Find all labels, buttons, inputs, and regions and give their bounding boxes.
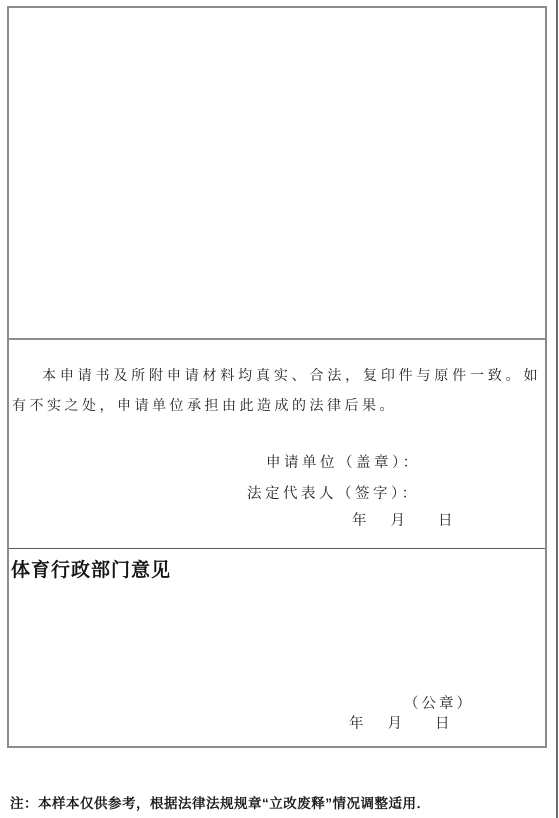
opinion-date-line: 年月日 [349, 714, 545, 735]
month-label: 月 [388, 716, 403, 732]
sports-admin-opinion-cell: 体育行政部门意见 （公章） 年月日 [9, 548, 545, 746]
footnote: 注：本样本仅供参考，根据法律法规规章“立改废释”情况调整适用． [10, 792, 431, 812]
opinion-section-title: 体育行政部门意见 [9, 549, 545, 582]
signature-block: 申请单位（盖章）： 法定代表人（签字）： 年月日 [9, 448, 545, 532]
declaration-date-line: 年月日 [352, 510, 545, 532]
empty-content-cell [9, 8, 545, 338]
applicant-seal-label: 申请单位（盖章）： [266, 448, 545, 479]
day-label: 日 [438, 513, 453, 529]
declaration-cell: 本申请书及所附申请材料均真实、合法，复印件与原件一致。如有不实之处，申请单位承担… [9, 338, 545, 548]
legal-representative-label: 法定代表人（签字）： [247, 479, 545, 510]
application-form-page: 本申请书及所附申请材料均真实、合法，复印件与原件一致。如有不实之处，申请单位承担… [0, 0, 559, 818]
page-edge-line [556, 0, 558, 818]
application-form-table: 本申请书及所附申请材料均真实、合法，复印件与原件一致。如有不实之处，申请单位承担… [7, 6, 547, 748]
year-label: 年 [352, 513, 367, 529]
year-label: 年 [349, 716, 364, 732]
declaration-paragraph: 本申请书及所附申请材料均真实、合法，复印件与原件一致。如有不实之处，申请单位承担… [12, 362, 541, 422]
official-seal-label: （公章） [404, 694, 545, 714]
month-label: 月 [391, 513, 406, 529]
day-label: 日 [435, 716, 450, 732]
